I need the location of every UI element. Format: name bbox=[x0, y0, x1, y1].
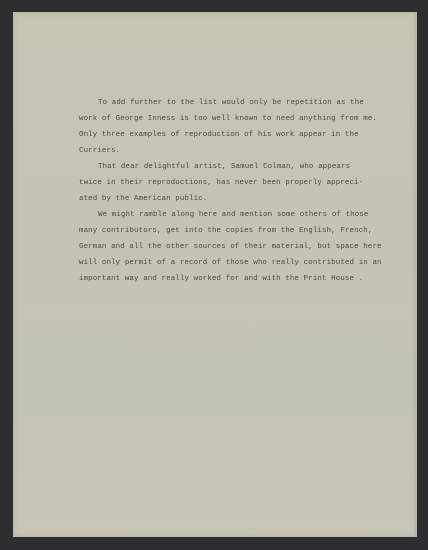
text-line: twice in their reproductions, has never … bbox=[79, 175, 369, 191]
paragraph-3: We might ramble along here and mention s… bbox=[79, 207, 369, 287]
text-line: That dear delightful artist, Samuel Colm… bbox=[79, 159, 369, 175]
paragraph-1: To add further to the list would only be… bbox=[79, 95, 369, 159]
typewritten-page: To add further to the list would only be… bbox=[13, 12, 417, 537]
paragraph-2: That dear delightful artist, Samuel Colm… bbox=[79, 159, 369, 207]
text-line: many contributors, get into the copies f… bbox=[79, 223, 369, 239]
text-line: will only permit of a record of those wh… bbox=[79, 255, 369, 271]
text-line: Only three examples of reproduction of h… bbox=[79, 127, 369, 143]
text-line: ated by the American public. bbox=[79, 191, 369, 207]
text-line: To add further to the list would only be… bbox=[79, 95, 369, 111]
text-line: German and all the other sources of thei… bbox=[79, 239, 369, 255]
document-body: To add further to the list would only be… bbox=[79, 95, 369, 287]
text-line: Curriers. bbox=[79, 143, 369, 159]
text-line: We might ramble along here and mention s… bbox=[79, 207, 369, 223]
text-line: important way and really worked for and … bbox=[79, 271, 369, 287]
text-line: work of George Inness is too well known … bbox=[79, 111, 369, 127]
